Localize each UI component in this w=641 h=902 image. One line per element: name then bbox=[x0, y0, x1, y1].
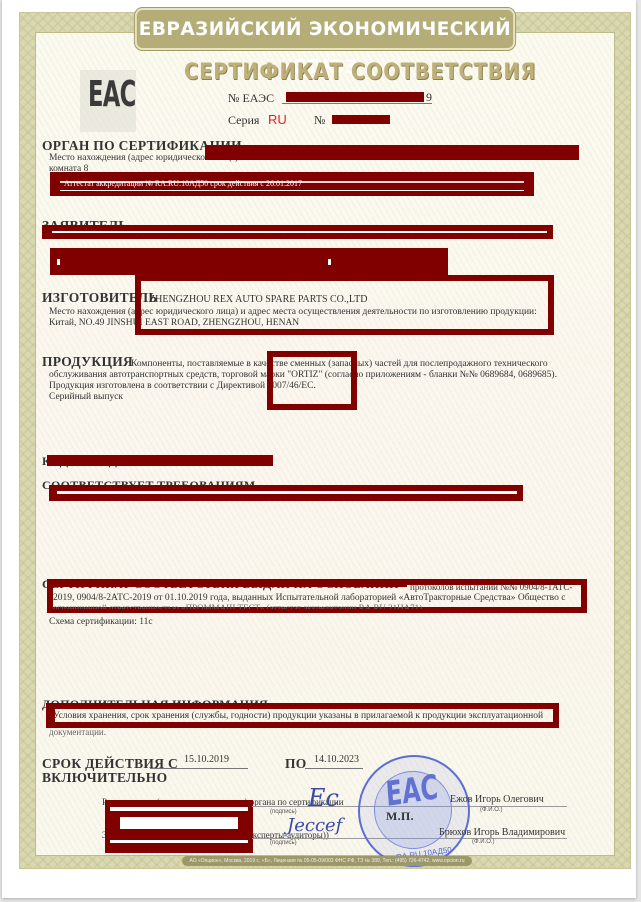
redaction-box-edge bbox=[135, 275, 141, 335]
union-title-banner: ЕВРАЗИЙСКИЙ ЭКОНОМИЧЕСКИЙ СОЮЗ bbox=[135, 8, 515, 50]
number-label: № bbox=[314, 113, 325, 128]
certification-body-stamp: EAC RA.RU.10АД50 bbox=[358, 755, 470, 867]
validity-from-date: 15.10.2019 bbox=[184, 754, 229, 765]
printer-footer: АО «Опцион», Москва, 2019 г., «Б», Лицен… bbox=[182, 856, 472, 866]
redaction-strike bbox=[52, 231, 547, 233]
redacted-applicant-contact bbox=[60, 258, 328, 266]
redacted-basis-heading bbox=[47, 579, 407, 587]
head-fio-caption: (Ф.И.О.) bbox=[480, 807, 503, 813]
additional-info-line-1: Условия хранения, срок хранения (службы,… bbox=[53, 711, 543, 721]
expert-fio-caption: (Ф.И.О.) bbox=[472, 839, 495, 845]
expert-name: Брюхов Игорь Владимирович bbox=[439, 827, 565, 838]
redaction-box-edge bbox=[46, 703, 55, 728]
certificate-page: ЕВРАЗИЙСКИЙ ЭКОНОМИЧЕСКИЙ СОЮЗ EAC СЕРТИ… bbox=[2, 0, 636, 898]
eac-logo-icon: EAC bbox=[88, 74, 136, 115]
head-signature: Ec bbox=[308, 784, 339, 812]
certificate-title: СЕРТИФИКАТ СООТВЕТСТВИЯ bbox=[184, 60, 536, 85]
series-value: RU bbox=[268, 112, 287, 127]
validity-from-underline bbox=[150, 768, 248, 769]
validity-to-label: ПО bbox=[285, 756, 307, 772]
expert-signature-caption: (подпись) bbox=[270, 840, 297, 846]
basis-line-1: протоколов испытаний №№ 0904/8-1АТС- bbox=[410, 582, 572, 592]
redacted-eaes-number bbox=[286, 92, 424, 102]
seal-label: М.П. bbox=[386, 809, 414, 824]
basis-line-2: 2019, 0904/8-2АТС-2019 от 01.10.2019 год… bbox=[53, 593, 565, 603]
redaction-gap bbox=[120, 817, 238, 829]
product-line-4: Серийный выпуск bbox=[49, 392, 123, 402]
manufacturer-address: Китай, NO.49 JINSHUI EAST ROAD, ZHENGZHO… bbox=[49, 318, 299, 328]
eaes-label: № ЕАЭС bbox=[228, 91, 274, 106]
stamp-eac-icon: EAC bbox=[385, 767, 440, 815]
manufacturer-name: ZHENGZHOU REX AUTO SPARE PARTS CO.,LTD bbox=[149, 294, 367, 305]
validity-to-date: 14.10.2023 bbox=[314, 754, 359, 765]
redacted-series-number bbox=[332, 115, 390, 124]
head-name: Ежов Игорь Олегович bbox=[450, 794, 544, 805]
redaction-strike bbox=[60, 181, 524, 183]
series-label: Серия bbox=[228, 113, 259, 128]
certification-scheme: Схема сертификации: 11с bbox=[49, 617, 153, 627]
redaction-strike bbox=[57, 491, 517, 494]
eaes-underline bbox=[282, 103, 432, 104]
eaes-number-suffix: 9 bbox=[426, 90, 432, 105]
redaction-strike bbox=[110, 807, 248, 811]
expert-signature: Jeccef bbox=[287, 815, 342, 836]
redacted-hs-code bbox=[47, 455, 273, 466]
redaction-strike bbox=[60, 190, 524, 191]
product-heading: ПРОДУКЦИЯ bbox=[42, 354, 133, 370]
manufacturer-address-label: Место нахождения (адрес юридического лиц… bbox=[49, 307, 537, 317]
additional-info-line-2: документации. bbox=[49, 727, 106, 737]
redaction-strike bbox=[110, 840, 248, 843]
validity-to-underline bbox=[305, 768, 363, 769]
validity-inclusive: ВКЛЮЧИТЕЛЬНО bbox=[42, 770, 167, 786]
redaction-box-product bbox=[267, 351, 357, 410]
redacted-certification-body-name bbox=[205, 145, 579, 160]
